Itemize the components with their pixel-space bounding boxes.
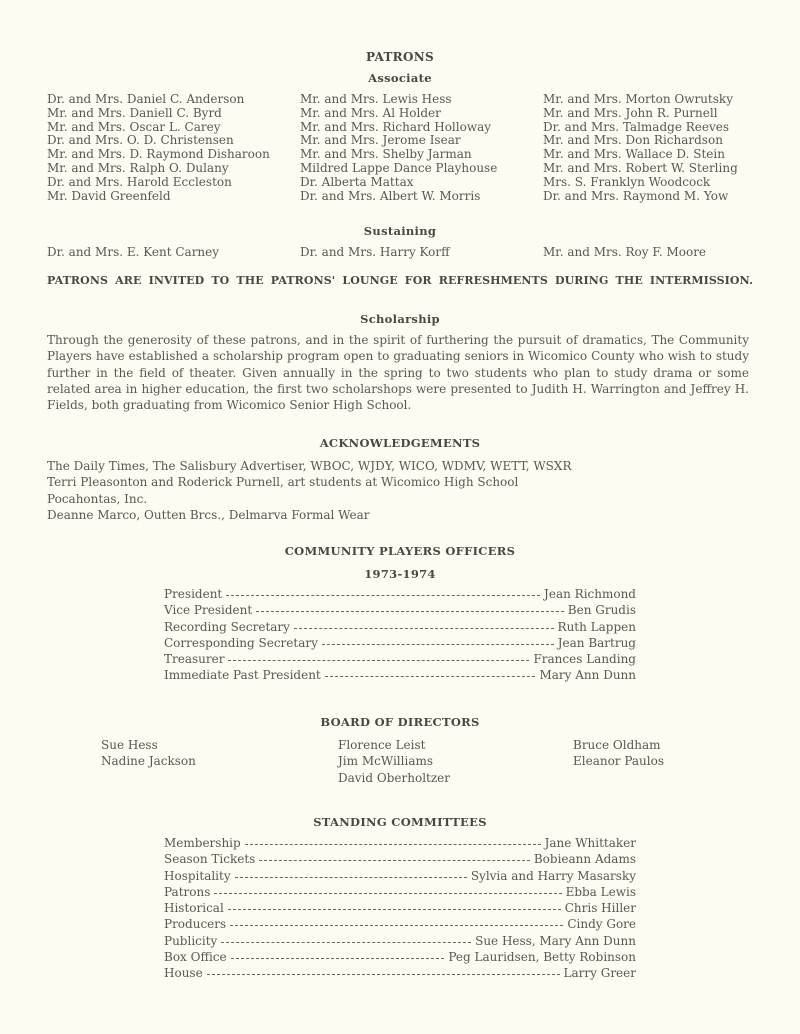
officer-name: Ben Grudis — [568, 603, 636, 617]
committee-chair: Chris Hiller — [565, 901, 636, 915]
board-member: David Oberholtzer — [338, 770, 450, 786]
officer-role: Corresponding Secretary — [164, 636, 318, 650]
officer-row: Corresponding SecretaryJean Bartrug — [164, 636, 636, 652]
committee-role: Hospitality — [164, 869, 231, 883]
board-member: Jim McWilliams — [338, 753, 450, 769]
officer-name: Jean Bartrug — [558, 636, 636, 650]
committee-row: Box OfficePeg Lauridsen, Betty Robinson — [164, 950, 636, 966]
officer-row: PresidentJean Richmond — [164, 587, 636, 603]
officer-role: Recording Secretary — [164, 620, 290, 634]
committee-chair: Sylvia and Harry Masarsky — [471, 869, 636, 883]
dot-leader — [294, 627, 554, 629]
committee-role: Box Office — [164, 950, 227, 964]
patron-name: Mr. and Mrs. Richard Holloway — [300, 121, 497, 135]
committees-list: MembershipJane Whittaker Season TicketsB… — [164, 836, 636, 983]
patron-name: Mr. and Mrs. Don Richardson — [543, 134, 738, 148]
patron-name: Mr. and Mrs. Lewis Hess — [300, 93, 497, 107]
patron-name: Mildred Lappe Dance Playhouse — [300, 162, 497, 176]
dot-leader — [214, 892, 561, 894]
committees-heading: STANDING COMMITTEES — [0, 815, 800, 829]
patron-name: Mr. and Mrs. John R. Purnell — [543, 107, 738, 121]
officer-role: Vice President — [164, 603, 252, 617]
committee-chair: Bobieann Adams — [534, 852, 636, 866]
patrons-lounge-notice: PATRONS ARE INVITED TO THE PATRONS' LOUN… — [47, 274, 753, 287]
acknowledgement-line: Pocahontas, Inc. — [47, 491, 571, 507]
committee-row: HistoricalChris Hiller — [164, 901, 636, 917]
associate-heading: Associate — [0, 71, 800, 85]
board-member: Nadine Jackson — [101, 753, 196, 769]
patron-name: Mr. and Mrs. Oscar L. Carey — [47, 121, 270, 135]
officers-years: 1973-1974 — [0, 567, 800, 581]
committee-row: MembershipJane Whittaker — [164, 836, 636, 852]
officer-name: Frances Landing — [533, 652, 636, 666]
patron-name: Mr. and Mrs. Robert W. Sterling — [543, 162, 738, 176]
patron-name: Mr. and Mrs. Jerome Isear — [300, 134, 497, 148]
patron-name: Mr. and Mrs. D. Raymond Disharoon — [47, 148, 270, 162]
committee-chair: Jane Whittaker — [545, 836, 636, 850]
patron-name: Dr. and Mrs. Albert W. Morris — [300, 190, 497, 204]
officer-name: Ruth Lappen — [558, 620, 636, 634]
patron-name: Mrs. S. Franklyn Woodcock — [543, 176, 738, 190]
scholarship-heading: Scholarship — [0, 312, 800, 326]
committee-role: House — [164, 966, 203, 980]
board-member: Bruce Oldham — [573, 737, 664, 753]
committee-role: Historical — [164, 901, 224, 915]
acknowledgement-line: The Daily Times, The Salisbury Advertise… — [47, 458, 571, 474]
committee-row: HouseLarry Greer — [164, 966, 636, 982]
committee-chair: Peg Lauridsen, Betty Robinson — [448, 950, 636, 964]
sustaining-patron: Dr. and Mrs. Harry Korff — [300, 245, 450, 259]
patron-name: Mr. and Mrs. Ralph O. Dulany — [47, 162, 270, 176]
associate-column-1: Dr. and Mrs. Daniel C. Anderson Mr. and … — [47, 93, 270, 203]
committee-row: ProducersCindy Gore — [164, 917, 636, 933]
patron-name: Mr. David Greenfeld — [47, 190, 270, 204]
officer-name: Mary Ann Dunn — [539, 668, 636, 682]
acknowledgement-line: Terri Pleasonton and Roderick Purnell, a… — [47, 474, 571, 490]
patron-name: Dr. and Mrs. Raymond M. Yow — [543, 190, 738, 204]
board-heading: BOARD OF DIRECTORS — [0, 715, 800, 729]
officer-role: Treasurer — [164, 652, 224, 666]
dot-leader — [322, 643, 554, 645]
officers-heading: COMMUNITY PLAYERS OFFICERS — [0, 544, 800, 558]
committee-chair: Larry Greer — [564, 966, 636, 980]
patron-name: Mr. and Mrs. Wallace D. Stein — [543, 148, 738, 162]
acknowledgements-list: The Daily Times, The Salisbury Advertise… — [47, 458, 571, 523]
board-member: Florence Leist — [338, 737, 450, 753]
dot-leader — [230, 924, 563, 926]
associate-column-3: Mr. and Mrs. Morton Owrutsky Mr. and Mrs… — [543, 93, 738, 203]
dot-leader — [256, 610, 564, 612]
committee-row: HospitalitySylvia and Harry Masarsky — [164, 869, 636, 885]
officer-row: Recording SecretaryRuth Lappen — [164, 620, 636, 636]
committee-role: Patrons — [164, 885, 210, 899]
patron-name: Dr. and Mrs. Harold Eccleston — [47, 176, 270, 190]
board-member: Sue Hess — [101, 737, 196, 753]
program-page: PATRONS Associate Dr. and Mrs. Daniel C.… — [0, 0, 800, 1034]
committee-chair: Ebba Lewis — [566, 885, 636, 899]
patron-name: Mr. and Mrs. Morton Owrutsky — [543, 93, 738, 107]
acknowledgements-heading: ACKNOWLEDGEMENTS — [0, 436, 800, 450]
board-member: Eleanor Paulos — [573, 753, 664, 769]
dot-leader — [221, 941, 471, 943]
dot-leader — [325, 675, 536, 677]
dot-leader — [228, 908, 561, 910]
board-column-2: Florence Leist Jim McWilliams David Ober… — [338, 737, 450, 786]
dot-leader — [235, 876, 467, 878]
board-column-1: Sue Hess Nadine Jackson — [101, 737, 196, 770]
scholarship-text: Through the generosity of these patrons,… — [47, 332, 749, 413]
acknowledgement-line: Deanne Marco, Outten Brcs., Delmarva For… — [47, 507, 571, 523]
patron-name: Dr. and Mrs. O. D. Christensen — [47, 134, 270, 148]
dot-leader — [228, 659, 529, 661]
sustaining-patron: Mr. and Mrs. Roy F. Moore — [543, 245, 706, 259]
officers-list: PresidentJean Richmond Vice PresidentBen… — [164, 587, 636, 685]
officer-row: Vice PresidentBen Grudis — [164, 603, 636, 619]
patron-name: Mr. and Mrs. Daniell C. Byrd — [47, 107, 270, 121]
officer-role: Immediate Past President — [164, 668, 321, 682]
patrons-title: PATRONS — [0, 50, 800, 64]
committee-role: Producers — [164, 917, 226, 931]
sustaining-heading: Sustaining — [0, 224, 800, 238]
committee-row: PatronsEbba Lewis — [164, 885, 636, 901]
dot-leader — [231, 957, 445, 959]
committee-role: Season Tickets — [164, 852, 255, 866]
officer-row: TreasurerFrances Landing — [164, 652, 636, 668]
committee-row: PublicitySue Hess, Mary Ann Dunn — [164, 934, 636, 950]
committee-row: Season TicketsBobieann Adams — [164, 852, 636, 868]
officer-row: Immediate Past PresidentMary Ann Dunn — [164, 668, 636, 684]
sustaining-patron: Dr. and Mrs. E. Kent Carney — [47, 245, 219, 259]
patron-name: Dr. Alberta Mattax — [300, 176, 497, 190]
dot-leader — [207, 973, 560, 975]
patron-name: Mr. and Mrs. Al Holder — [300, 107, 497, 121]
committee-chair: Sue Hess, Mary Ann Dunn — [475, 934, 636, 948]
committee-role: Publicity — [164, 934, 217, 948]
dot-leader — [259, 859, 530, 861]
committee-chair: Cindy Gore — [567, 917, 636, 931]
committee-role: Membership — [164, 836, 241, 850]
patron-name: Dr. and Mrs. Daniel C. Anderson — [47, 93, 270, 107]
patron-name: Mr. and Mrs. Shelby Jarman — [300, 148, 497, 162]
board-column-3: Bruce Oldham Eleanor Paulos — [573, 737, 664, 770]
officer-name: Jean Richmond — [544, 587, 636, 601]
dot-leader — [245, 843, 541, 845]
associate-column-2: Mr. and Mrs. Lewis Hess Mr. and Mrs. Al … — [300, 93, 497, 203]
patron-name: Dr. and Mrs. Talmadge Reeves — [543, 121, 738, 135]
dot-leader — [226, 594, 540, 596]
officer-role: President — [164, 587, 222, 601]
